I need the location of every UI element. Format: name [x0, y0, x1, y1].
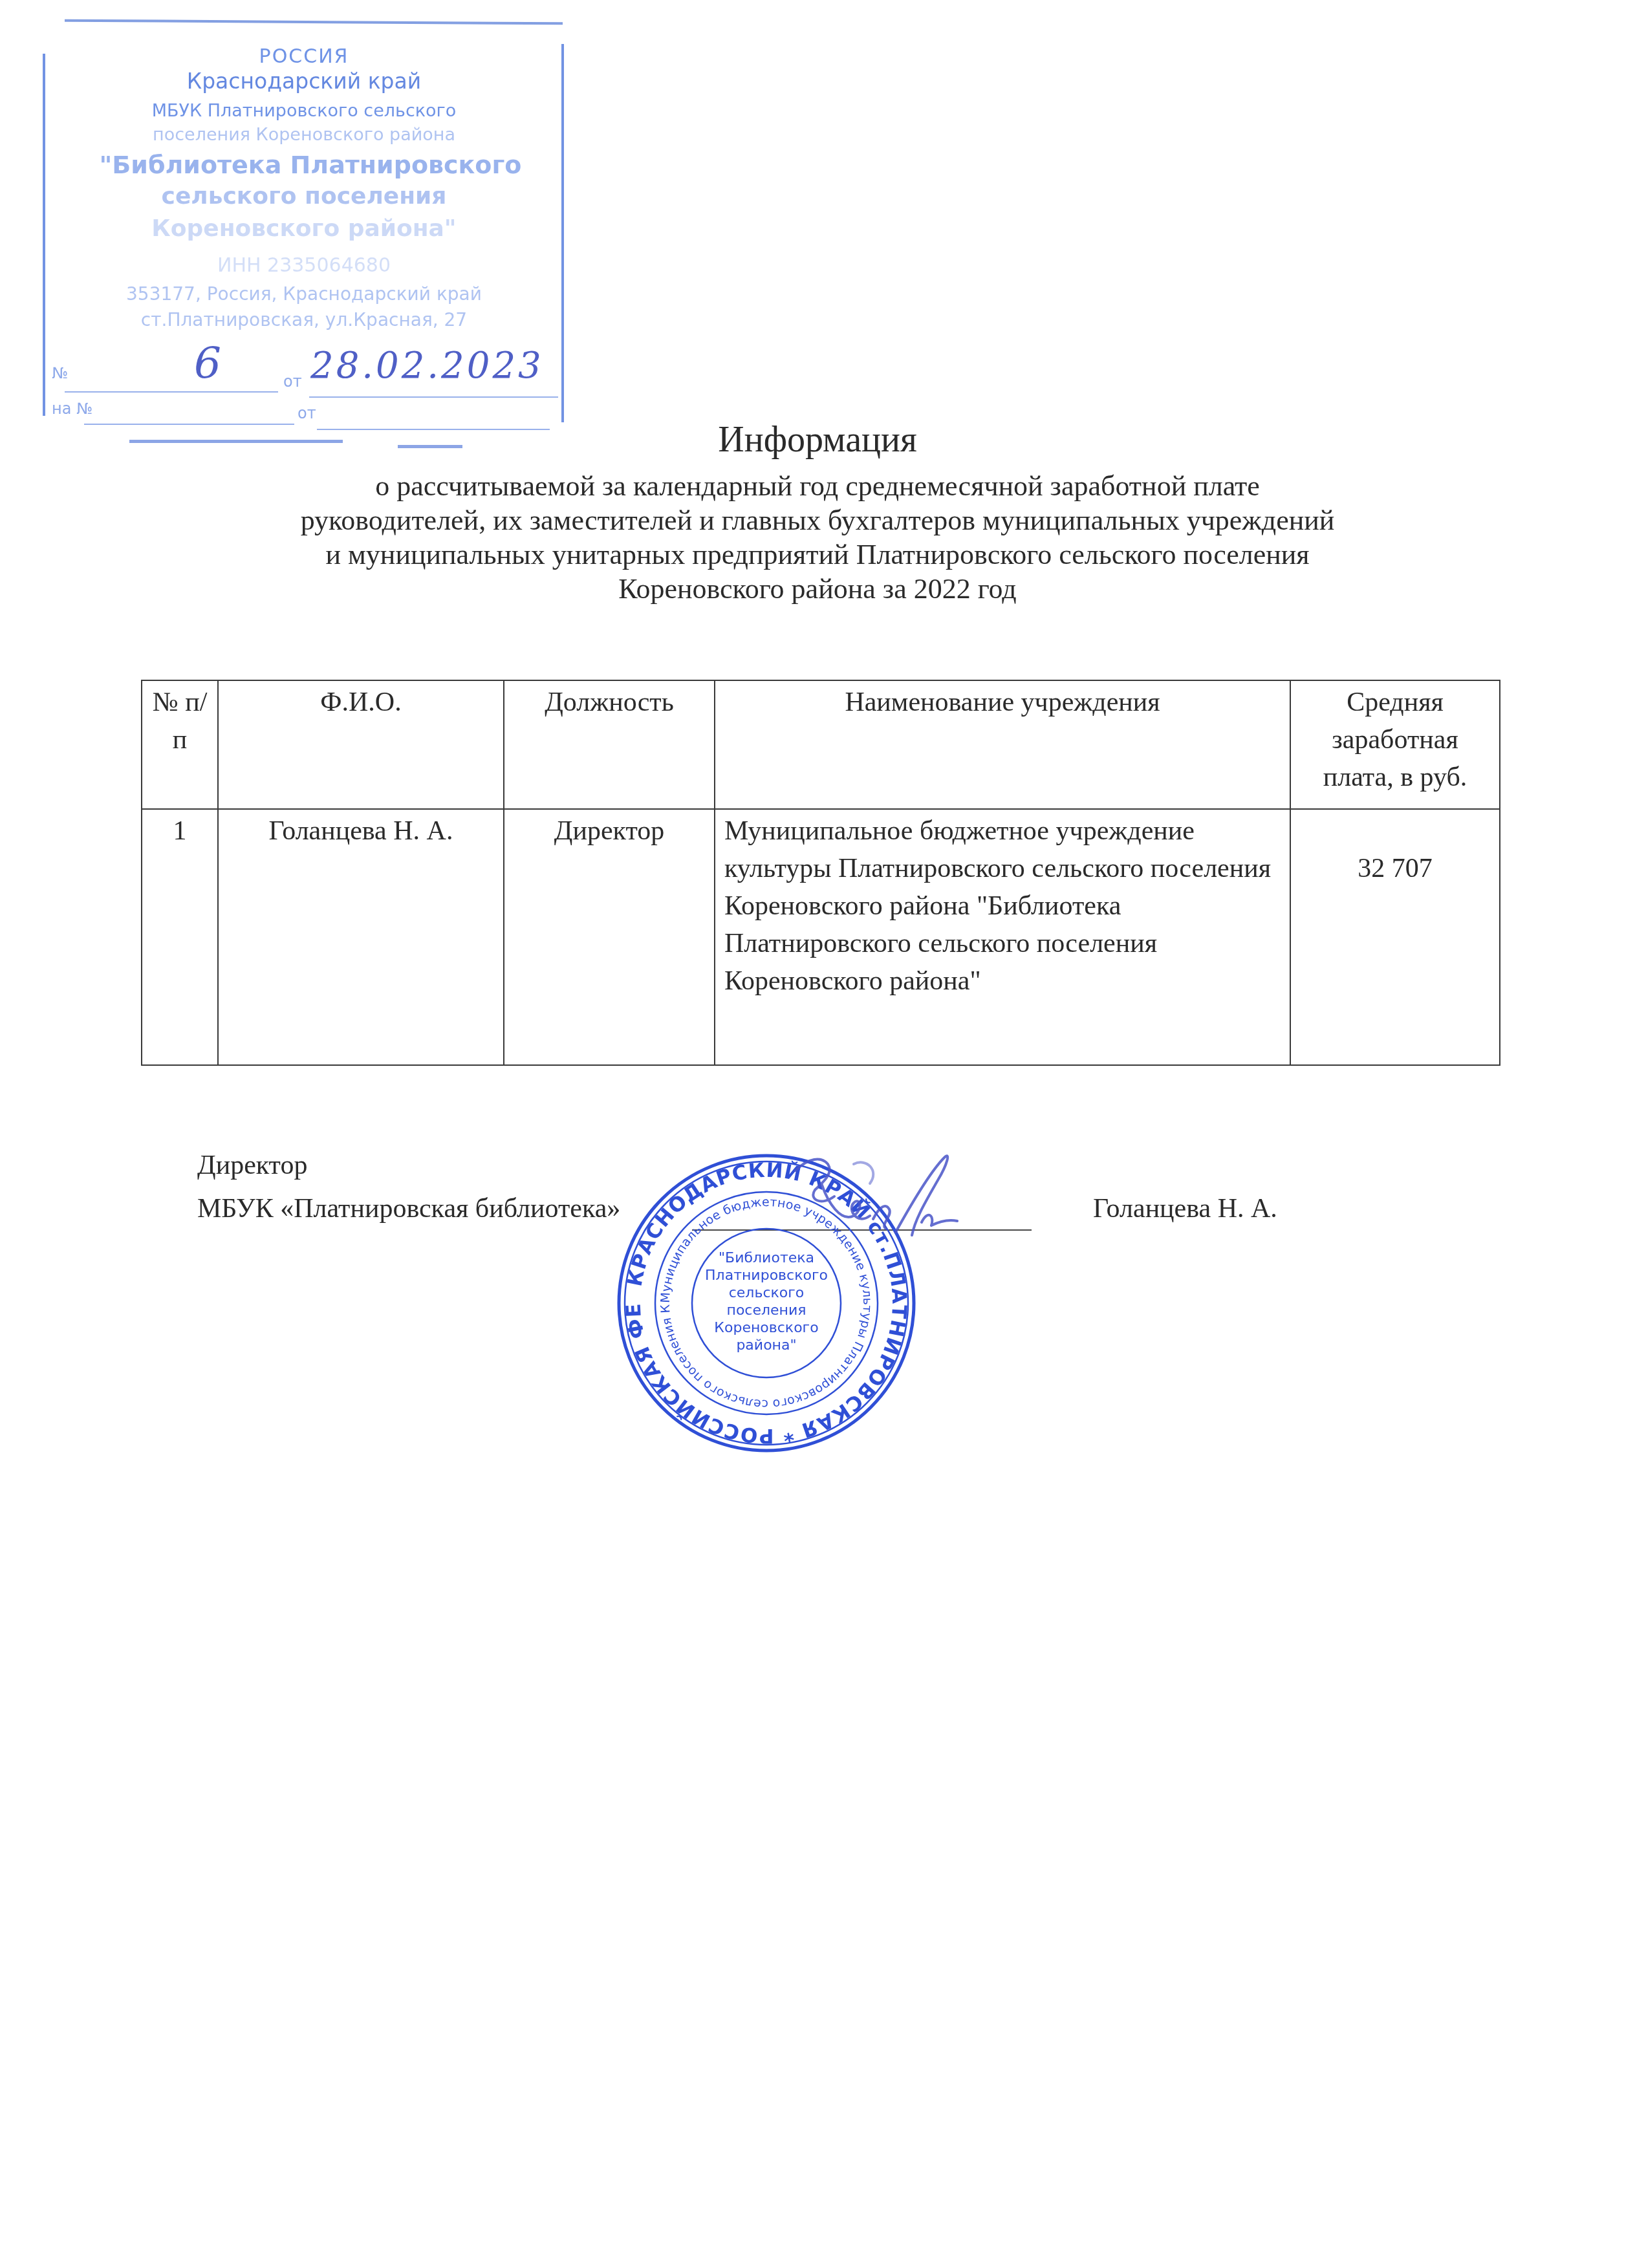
- cell-institution: Муниципальное бюджетное учреждение культ…: [715, 809, 1290, 1065]
- signer-name: Голанцева Н. А.: [1093, 1193, 1277, 1224]
- stamp-country: РОССИЯ: [39, 45, 569, 68]
- stamp-border-top: [65, 19, 563, 25]
- salary-table: № п/п Ф.И.О. Должность Наименование учре…: [141, 680, 1500, 1066]
- stamp-library-line-1: "Библиотека Платнировского: [45, 151, 576, 179]
- registration-stamp: РОССИЯ Краснодарский край МБУК Платниров…: [39, 18, 569, 432]
- seal-center-line: "Библиотека: [719, 1250, 814, 1266]
- document-title: Информация: [0, 419, 1635, 460]
- seal-center-line: района": [736, 1337, 796, 1354]
- subtitle-line: руководителей, их заместителей и главных…: [0, 504, 1635, 537]
- stamp-org-line-1: МБУК Платнировского сельского: [39, 101, 569, 121]
- seal-center-line: Кореновского: [714, 1320, 818, 1336]
- table-header-row: № п/п Ф.И.О. Должность Наименование учре…: [142, 680, 1500, 809]
- seal-center-line: Платнировского: [705, 1268, 828, 1284]
- signer-organization: МБУК «Платнировская библиотека»: [197, 1193, 620, 1224]
- stamp-incoming-label: на №: [52, 400, 92, 418]
- stamp-address-line-1: 353177, Россия, Краснодарский край: [39, 283, 569, 305]
- header-salary: Средняя заработная плата, в руб.: [1290, 680, 1500, 809]
- seal-center-line: поселения: [727, 1302, 807, 1319]
- table-row: 1 Голанцева Н. А. Директор Муниципальное…: [142, 809, 1500, 1065]
- salary-value: 32 707: [1297, 850, 1493, 887]
- header-institution: Наименование учреждения: [715, 680, 1290, 809]
- seal-center-line: сельского: [729, 1285, 805, 1301]
- subtitle-line: и муниципальных унитарных предприятий Пл…: [0, 538, 1635, 571]
- stamp-from-label: от: [283, 373, 302, 391]
- header-fio: Ф.И.О.: [218, 680, 504, 809]
- stamp-address-line-2: ст.Платнировская, ул.Красная, 27: [39, 309, 569, 330]
- signer-position: Директор: [197, 1150, 307, 1181]
- subtitle-line: о рассчитываемой за календарный год сред…: [0, 470, 1635, 502]
- stamp-number-line: [65, 391, 278, 393]
- stamp-inn: ИНН 2335064680: [39, 254, 569, 277]
- stamp-outgoing-date: 28.02.2023: [310, 345, 544, 387]
- cell-position: Директор: [504, 809, 715, 1065]
- stamp-outgoing-label: №: [52, 364, 68, 382]
- handwritten-signature-icon: [783, 1145, 990, 1242]
- cell-salary: 32 707: [1290, 809, 1500, 1065]
- header-number: № п/п: [142, 680, 218, 809]
- stamp-library-line-2: сельского поселения: [39, 183, 569, 210]
- cell-number: 1: [142, 809, 218, 1065]
- stamp-org-line-2: поселения Кореновского района: [39, 125, 569, 145]
- stamp-region: Краснодарский край: [39, 69, 569, 94]
- stamp-date-line: [309, 396, 558, 398]
- subtitle-line: Кореновского района за 2022 год: [0, 572, 1635, 605]
- stamp-library-line-3: Кореновского района": [39, 215, 569, 242]
- header-position: Должность: [504, 680, 715, 809]
- cell-fio: Голанцева Н. А.: [218, 809, 504, 1065]
- stamp-outgoing-number: 6: [194, 338, 221, 388]
